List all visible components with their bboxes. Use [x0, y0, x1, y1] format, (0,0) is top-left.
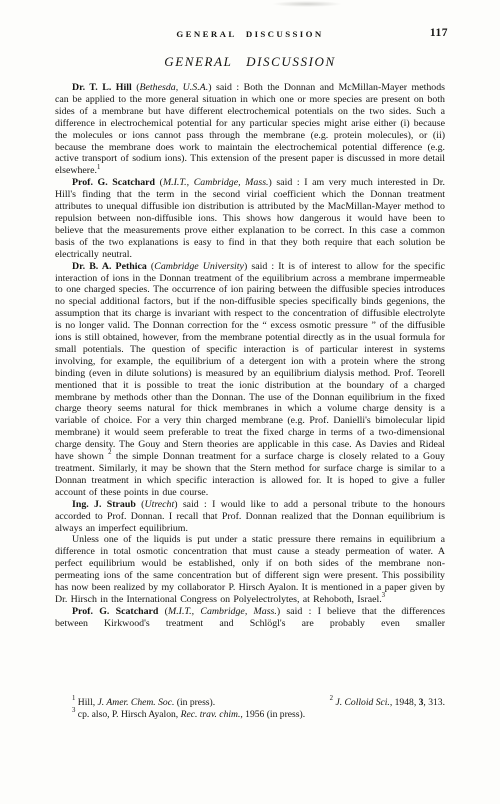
text-segment: Rec. trav. chim. — [181, 709, 241, 720]
text-segment: ) said : I am very much interested in Dr… — [55, 177, 445, 259]
text-segment: 2 — [108, 449, 111, 456]
text-segment: the simple Donnan treatment for a surfac… — [55, 451, 445, 498]
page-number: 117 — [430, 27, 448, 39]
text-segment: cp. also, P. Hirsch Ayalon, — [75, 709, 180, 720]
paragraph: Dr. T. L. Hill (Bethesda, U.S.A.) said :… — [55, 82, 445, 177]
text-segment: Dr. T. L. Hill — [72, 82, 132, 93]
paragraph: Prof. G. Scatchard (M.I.T., Cambridge, M… — [55, 606, 445, 630]
text-segment: ( — [155, 177, 163, 188]
discussion-text: Dr. T. L. Hill (Bethesda, U.S.A.) said :… — [55, 82, 445, 630]
text-segment: ) said : It is of interest to allow for … — [55, 261, 445, 463]
paragraph: Unless one of the liquids is put under a… — [55, 534, 445, 605]
text-segment: Dr. B. A. Pethica — [72, 261, 147, 272]
text-segment: 1 — [97, 164, 100, 171]
page-content: GENERAL DISCUSSION 117 GENERAL DISCUSSIO… — [55, 27, 445, 630]
section-title: GENERAL DISCUSSION — [55, 54, 445, 70]
text-segment: Ing. J. Straub — [72, 499, 136, 510]
text-segment: 2 — [330, 695, 333, 702]
footnote-2: 2 J. Colloid Sci., 1948, 3, 313. — [330, 697, 445, 709]
text-segment: Unless one of the liquids is put under a… — [55, 534, 445, 605]
text-segment: Prof. G. Scatchard — [72, 606, 158, 617]
text-segment: Utrecht — [144, 499, 174, 510]
paragraph: Prof. G. Scatchard (M.I.T., Cambridge, M… — [55, 177, 445, 260]
text-segment: , 313. — [423, 697, 445, 708]
text-segment: J. Colloid Sci. — [335, 697, 389, 708]
text-segment: Prof. G. Scatchard — [72, 177, 155, 188]
text-segment: J. Amer. Chem. Soc. — [98, 697, 175, 708]
footnotes: 1 Hill, J. Amer. Chem. Soc. (in press). … — [55, 697, 445, 721]
text-segment: 3 — [72, 707, 75, 714]
running-head: GENERAL DISCUSSION — [176, 29, 323, 39]
text-segment: , 1948, — [390, 697, 419, 708]
text-segment: 1 — [72, 695, 75, 702]
paragraph: Ing. J. Straub (Utrecht) said : I would … — [55, 499, 445, 535]
footnote-1: 1 Hill, J. Amer. Chem. Soc. (in press). — [72, 697, 215, 709]
text-segment: Bethesda, U.S.A. — [140, 82, 209, 93]
text-segment: ( — [158, 606, 168, 617]
text-segment: ( — [132, 82, 140, 93]
page-header: GENERAL DISCUSSION 117 — [55, 27, 445, 41]
footnote-row: 1 Hill, J. Amer. Chem. Soc. (in press). … — [55, 697, 445, 709]
text-segment: (in press). — [174, 697, 215, 708]
footnote-3: 3 cp. also, P. Hirsch Ayalon, Rec. trav.… — [55, 709, 445, 721]
text-segment: Cambridge University — [154, 261, 244, 272]
text-segment: ) said : Both the Donnan and McMillan-Ma… — [55, 82, 445, 176]
text-segment: M.I.T., Cambridge, Mass. — [168, 606, 277, 617]
text-segment: Hill, — [75, 697, 97, 708]
scan-artifact — [272, 1, 342, 7]
text-segment: M.I.T., Cambridge, Mass. — [163, 177, 269, 188]
paragraph: Dr. B. A. Pethica (Cambridge University)… — [55, 261, 445, 499]
journal-page: GENERAL DISCUSSION 117 GENERAL DISCUSSIO… — [0, 0, 500, 804]
text-segment: , 1956 (in press). — [240, 709, 305, 720]
text-segment: 3 — [382, 592, 385, 599]
